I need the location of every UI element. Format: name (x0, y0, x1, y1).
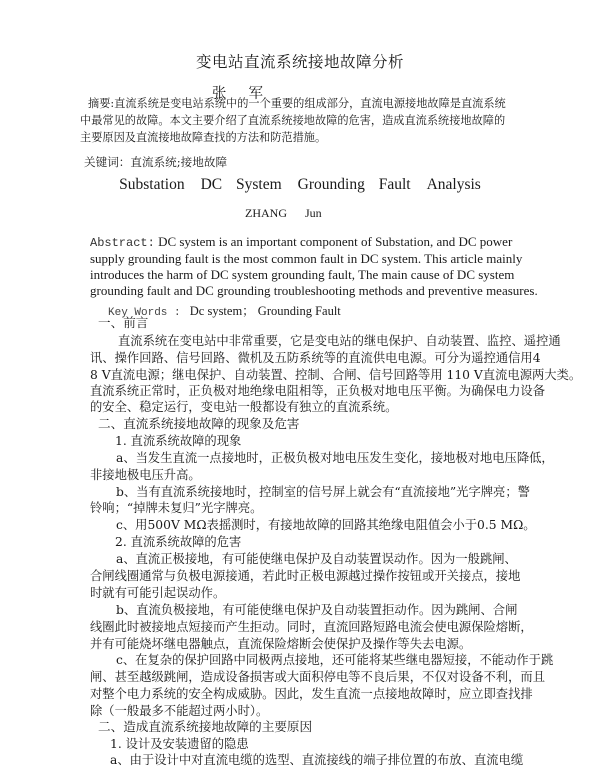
body-line: 非接地极电压升高。 (90, 467, 201, 483)
body-line: 直流系统在变电站中非常重要，它是变电站的继电保护、自动装置、监控、遥控通 (118, 333, 561, 349)
section-heading: 一、前言 (98, 315, 148, 331)
abstract-cn-line-1: 摘要:直流系统是变电站系统中的一个重要的组成部分，直流电源接地故障是直流系统 (88, 95, 538, 112)
abstract-cn-line-2: 中最常见的故障。本文主要介绍了直流系统接地故障的危害，造成直流系统接地故障的 (80, 112, 530, 129)
body-line: c、在复杂的保护回路中同极两点接地，还可能将某些继电器短接，不能动作于跳 (116, 652, 553, 668)
author-en: ZHANGJun (245, 206, 340, 221)
author-given-en: Jun (305, 206, 322, 220)
title-en-word: Analysis (427, 176, 481, 193)
body-line: 铃响；“掉牌未复归”光字牌亮。 (90, 500, 262, 516)
title-en-word: DC System (201, 176, 282, 193)
body-line: 8 V直流电源；继电保护、自动装置、控制、合闸、信号回路等用 110 V直流电源… (90, 367, 581, 383)
title-en: SubstationDC SystemGrounding FaultAnalys… (0, 176, 600, 194)
title-cn: 变电站直流系统接地故障分析 (0, 50, 600, 72)
body-line: a、直流正极接地，有可能使继电保护及自动装置误动作。因为一般跳闸、 (116, 551, 517, 567)
keywords-cn: 关键词：直流系统;接地故障 (84, 154, 227, 170)
subsection-heading: 1. 设计及安装遗留的隐患 (110, 736, 249, 752)
abstract-en-line-4: grounding fault and DC grounding trouble… (90, 283, 538, 299)
body-line: 对整个电力系统的安全构成威胁。因此，发生直流一点接地故障时，应立即查找排 (90, 686, 533, 702)
body-line: a、由于设计中对直流电缆的选型、直流接线的端子排位置的布放、直流电缆 (110, 752, 523, 768)
abstract-en-line-2: supply grounding fault is the most commo… (90, 251, 522, 267)
body-line: b、当有直流系统接地时，控制室的信号屏上就会有“直流接地”光字牌亮；警 (116, 484, 530, 500)
section-heading: 二、造成直流系统接地故障的主要原因 (98, 719, 312, 735)
body-line: 讯、操作回路、信号回路、微机及五防系统等的直流供电电源。可分为遥控通信用4 (90, 350, 541, 366)
body-line: 并有可能烧坏继电器触点，直流保险熔断会使保护及操作等失去电源。 (90, 636, 471, 652)
abstract-en-text: DC system is an important component of S… (158, 234, 512, 249)
title-en-word: Grounding Fault (298, 176, 411, 193)
body-line: 闸、甚至越级跳闸，造成设备损害或大面积停电等不良后果，不仅对设备不利，而且 (90, 669, 545, 685)
abstract-en-line-1: Abstract: DC system is an important comp… (90, 234, 512, 251)
body-line: 直流系统正常时，正负极对地绝缘电阻相等，正负极对地电压平衡。为确保电力设备 (90, 383, 545, 399)
abstract-cn-line-3: 主要原因及直流接地故障查找的方法和防范措施。 (80, 129, 530, 146)
author-surname-en: ZHANG (245, 206, 287, 220)
subsection-heading: 1. 直流系统故障的现象 (115, 433, 241, 449)
body-line: a、当发生直流一点接地时，正极负极对地电压发生变化，接地极对地电压降低， (116, 450, 554, 466)
body-line: 的安全、稳定运行，变电站一般都设有独立的直流系统。 (90, 399, 397, 415)
body-line: c、用500V MΩ表摇测时，有接地故障的回路其绝缘电阻值会小于0.5 MΩ。 (116, 517, 536, 533)
keywords-en-value: Dc system； Grounding Fault (190, 304, 341, 318)
body-line: 合闸线圈通常与负极电源接通，若此时正极电源越过操作按钮或开关接点，接地 (90, 568, 520, 584)
body-line: b、直流负极接地，有可能使继电保护及自动装置拒动作。因为跳闸、合闸 (116, 602, 517, 618)
title-en-word: Substation (119, 176, 184, 193)
body-line: 线圈此时被接地点短接而产生拒动。同时，直流回路短路电流会使电源保险熔断， (90, 619, 533, 635)
abstract-en-line-3: introduces the harm of DC system groundi… (90, 267, 514, 283)
body-line: 时就有可能引起误动作。 (90, 585, 225, 601)
abstract-en-label: Abstract: (90, 236, 155, 250)
section-heading: 二、直流系统接地故障的现象及危害 (98, 416, 300, 432)
subsection-heading: 2. 直流系统故障的危害 (115, 534, 241, 550)
body-line: 除（一般最多不能超过两小时）。 (90, 703, 268, 719)
